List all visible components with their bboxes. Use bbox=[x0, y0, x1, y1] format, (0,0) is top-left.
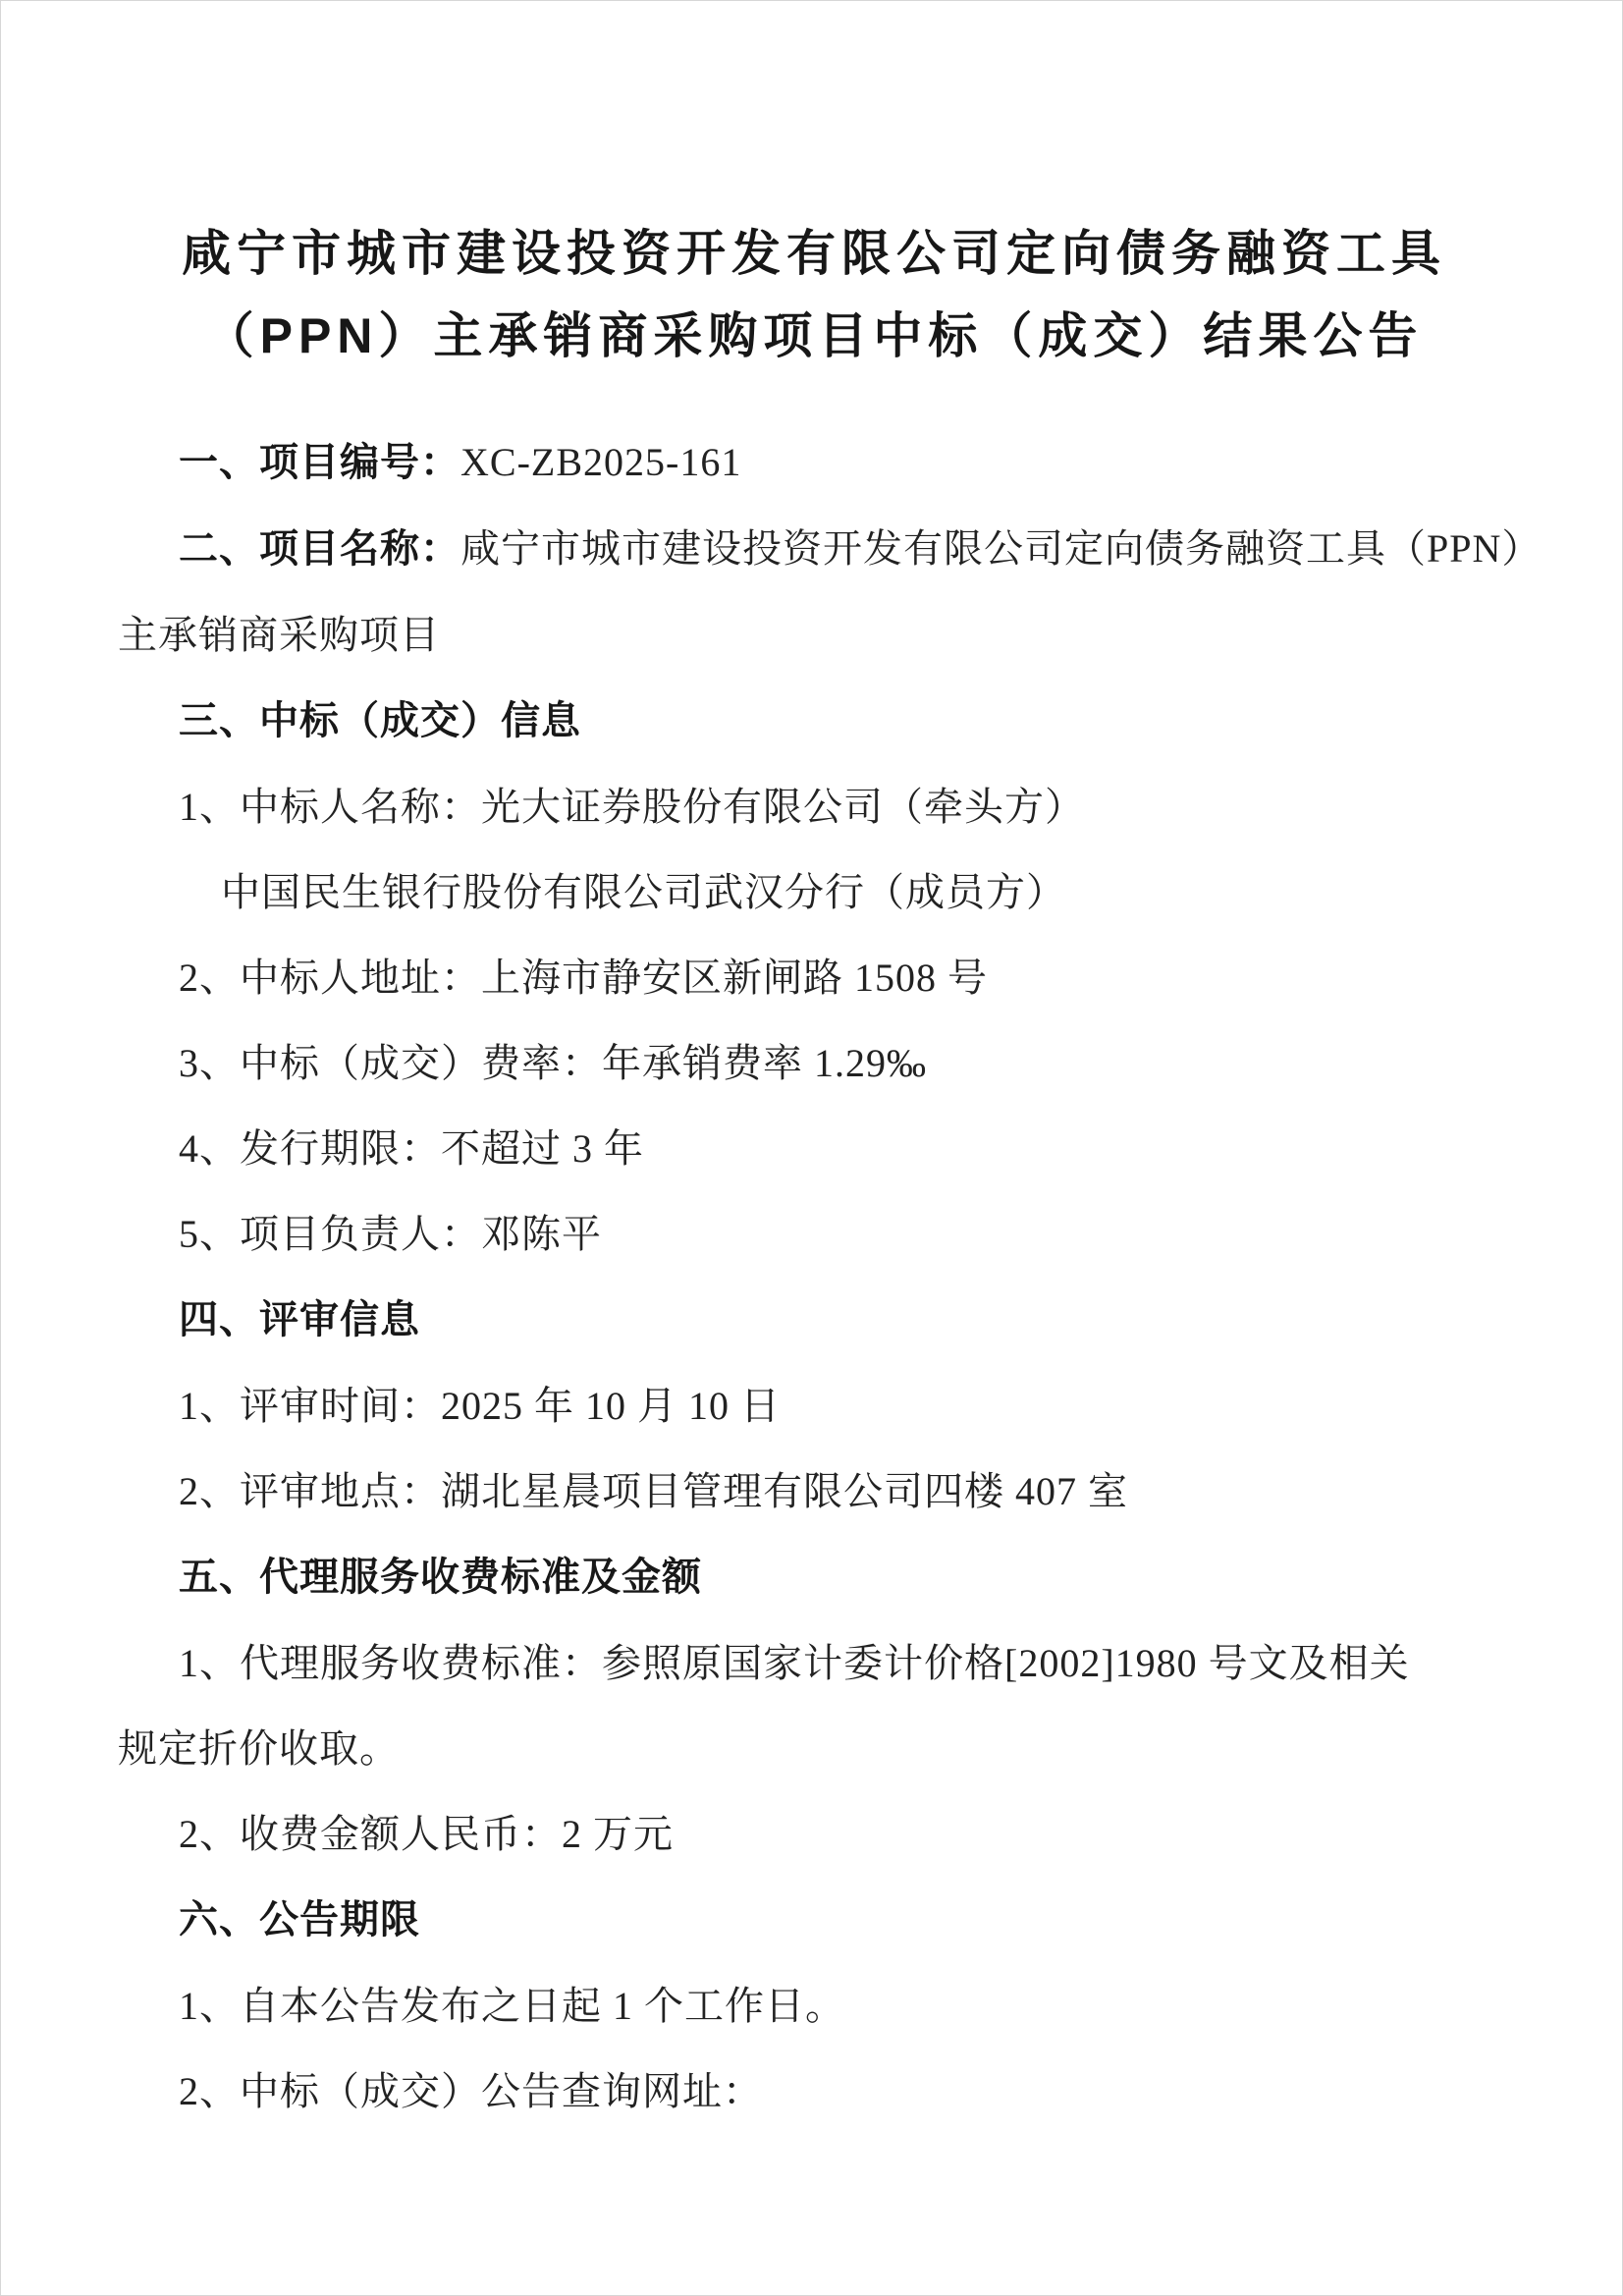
project-number-label: 一、项目编号： bbox=[179, 441, 460, 484]
line-project-manager: 5、项目负责人：邓陈平 bbox=[118, 1191, 1510, 1277]
line-project-name: 二、项目名称：咸宁市城市建设投资开发有限公司定向债务融资工具（PPN） bbox=[118, 506, 1510, 592]
line-announcement-url: 2、中标（成交）公告查询网址： bbox=[118, 2049, 1510, 2134]
line-announcement-period: 1、自本公告发布之日起 1 个工作日。 bbox=[118, 1963, 1510, 2049]
project-number-value: XC-ZB2025-161 bbox=[460, 440, 741, 484]
heading-agency-fee: 五、代理服务收费标准及金额 bbox=[118, 1534, 1510, 1620]
line-issue-term: 4、发行期限：不超过 3 年 bbox=[118, 1106, 1510, 1191]
line-review-place: 2、评审地点：湖北星晨项目管理有限公司四楼 407 室 bbox=[118, 1449, 1510, 1534]
line-winner-address: 2、中标人地址：上海市静安区新闸路 1508 号 bbox=[118, 935, 1510, 1020]
line-award-rate: 3、中标（成交）费率：年承销费率 1.29‰ bbox=[118, 1020, 1510, 1106]
document-body: 咸宁市城市建设投资开发有限公司定向债务融资工具 （PPN）主承销商采购项目中标（… bbox=[118, 212, 1510, 2134]
page-title-line-2: （PPN）主承销商采购项目中标（成交）结果公告 bbox=[205, 308, 1424, 363]
heading-award-info: 三、中标（成交）信息 bbox=[118, 678, 1510, 764]
line-agency-fee-standard: 1、代理服务收费标准：参照原国家计委计价格[2002]1980 号文及相关 bbox=[118, 1620, 1510, 1706]
project-name-value: 咸宁市城市建设投资开发有限公司定向债务融资工具（PPN） bbox=[460, 526, 1542, 571]
line-agency-fee-standard-continuation: 规定折价收取。 bbox=[118, 1706, 1510, 1791]
heading-review-info: 四、评审信息 bbox=[118, 1277, 1510, 1363]
document-text: 一、项目编号：XC-ZB2025-161 二、项目名称：咸宁市城市建设投资开发有… bbox=[118, 419, 1510, 2134]
line-project-number: 一、项目编号：XC-ZB2025-161 bbox=[118, 419, 1510, 506]
line-winner-member: 中国民生银行股份有限公司武汉分行（成员方） bbox=[118, 849, 1510, 935]
page-title: 咸宁市城市建设投资开发有限公司定向债务融资工具 （PPN）主承销商采购项目中标（… bbox=[118, 212, 1510, 377]
line-review-time: 1、评审时间：2025 年 10 月 10 日 bbox=[118, 1363, 1510, 1449]
document-page: 咸宁市城市建设投资开发有限公司定向债务融资工具 （PPN）主承销商采购项目中标（… bbox=[0, 0, 1623, 2296]
line-winner-name: 1、中标人名称：光大证券股份有限公司（牵头方） bbox=[118, 764, 1510, 849]
heading-announcement-period: 六、公告期限 bbox=[118, 1877, 1510, 1963]
line-project-name-continuation: 主承销商采购项目 bbox=[118, 592, 1510, 678]
line-fee-amount: 2、收费金额人民币：2 万元 bbox=[118, 1791, 1510, 1877]
page-title-line-1: 咸宁市城市建设投资开发有限公司定向债务融资工具 bbox=[182, 226, 1446, 281]
project-name-label: 二、项目名称： bbox=[179, 527, 460, 571]
